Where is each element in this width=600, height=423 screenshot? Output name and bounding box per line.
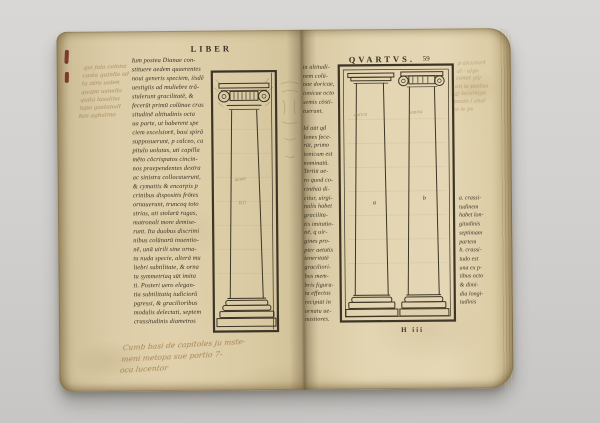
- right-body-text: in altitudi- nem colū- nae doricae, ioni…: [303, 64, 341, 325]
- left-page: LIBER Ium postea Dianae con- stituere ae…: [56, 30, 303, 392]
- cover-edge-red-mark-2: [65, 72, 69, 83]
- gathering-signature: H iii: [401, 326, 424, 334]
- column-base: [217, 298, 276, 327]
- margin-capital-sketch: [279, 78, 302, 170]
- right-margin-handwriting: p alcunart al - ulga conet yly un la pos…: [452, 59, 514, 114]
- page-showthrough-lines: [347, 119, 446, 264]
- cover-edge-red-mark: [64, 50, 69, 64]
- left-running-header: LIBER: [191, 43, 233, 53]
- ionic-column-woodcut: ianua B fl: [210, 69, 280, 334]
- right-page: QVARTVS. 59 in altitudi- nem colū- nae d…: [300, 28, 513, 390]
- doric-column: [344, 73, 398, 316]
- column-label-b: b: [423, 196, 426, 202]
- shaft-handwriting-2: B fl: [239, 201, 247, 207]
- ionic-capital: [214, 78, 273, 110]
- printed-side-note: a. crassi- tudinem habet lon- gitudinis …: [459, 194, 502, 308]
- handwritten-label-dorica: dorica: [354, 112, 368, 118]
- open-book: LIBER Ium postea Dianae con- stituere ae…: [56, 28, 513, 392]
- bottom-handwriting-note: Cumb basi de capitoles ju mste- meni met…: [119, 333, 313, 376]
- shaft-handwriting: ianua: [234, 176, 247, 183]
- column-label-a: a: [373, 200, 376, 206]
- left-body-text: Ium postea Dianae con- stituere aedem qu…: [132, 56, 218, 327]
- left-margin-handwriting: qui fala colona casta quinlla ad ta otro…: [78, 62, 137, 121]
- photo-background: LIBER Ium postea Dianae con- stituere ae…: [0, 0, 600, 423]
- page-number: 59: [423, 55, 430, 63]
- handwritten-label-ionica: ionica: [410, 110, 423, 116]
- ionic-column: [398, 72, 449, 316]
- doric-ionic-columns-woodcut: a b dorica ionica: [337, 63, 457, 324]
- woodcut-inner-frame: [343, 69, 450, 317]
